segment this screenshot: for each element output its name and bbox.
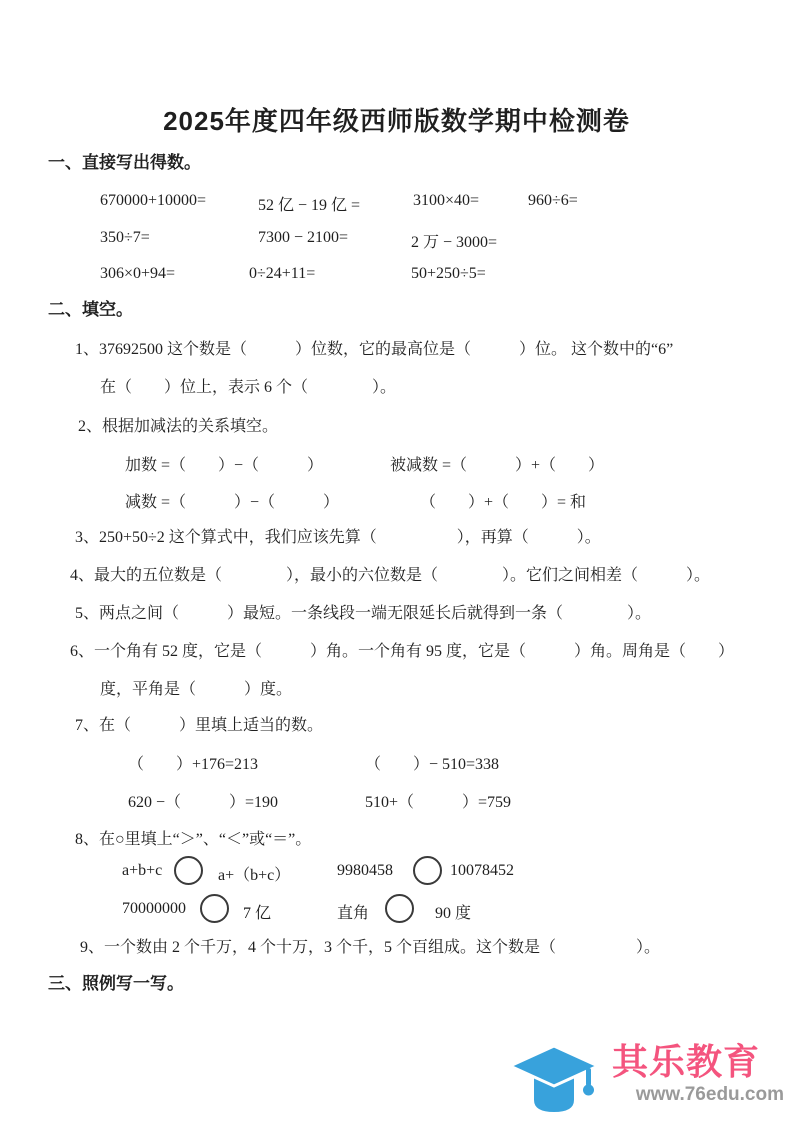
question-8-intro: 8、在○里填上“＞”、“＜”或“＝”。 [75,829,311,851]
fill-blank-expression: 620 −（ ）=190 [128,789,278,812]
calc-row-3: 306×0+94= 0÷24+11= 50+250÷5= [0,265,793,289]
calc-problem: 0÷24+11= [249,265,315,283]
comparison-operand: 直角 [337,900,369,923]
calc-row-1: 670000+10000= 52 亿 − 19 亿 = 3100×40= 960… [0,192,793,216]
calc-problem: 306×0+94= [100,265,175,283]
comparison-operand: 70000000 [122,900,186,918]
question-9: 9、一个数由 2 个千万，4 个十万，3 个千，5 个百组成。这个数是（ ）。 [80,937,660,959]
question-1-line-2: 在（ ）位上，表示 6 个（ ）。 [100,377,396,399]
question-1-line-1: 1、37692500 这个数是（ ）位数，它的最高位是（ ）位。 这个数中的“6… [75,339,673,361]
comparison-circle [200,894,229,923]
question-2-row-2: 减数 =（ ）−（ ） （ ）+（ ）= 和 [0,489,793,513]
calc-problem: 3100×40= [413,192,479,210]
question-6-line-1: 6、一个角有 52 度，它是（ ）角。一个角有 95 度，它是（ ）角。周角是（… [70,641,734,663]
comparison-operand: 9980458 [337,862,393,880]
exam-paper-page: 2025年度四年级西师版数学期中检测卷 一、直接写出得数。 670000+100… [0,0,793,1122]
comparison-operand: a+b+c [122,862,162,880]
comparison-circle [174,856,203,885]
question-8-row-1: a+b+c a+（b+c） 9980458 10078452 [0,862,793,886]
section-1-heading: 一、直接写出得数。 [48,152,201,174]
comparison-operand: a+（b+c） [218,862,290,885]
question-7-row-2: 620 −（ ）=190 510+（ ）=759 [0,789,793,813]
brand-url: www.76edu.com [612,1084,784,1106]
calc-row-2: 350÷7= 7300 − 2100= 2 万 − 3000= [0,229,793,253]
calc-problem: 960÷6= [528,192,578,210]
comparison-circle [413,856,442,885]
question-3: 3、250+50÷2 这个算式中，我们应该先算（ ），再算（ ）。 [75,527,601,549]
calc-problem: 670000+10000= [100,192,206,210]
fill-blank-expression: 加数 =（ ）−（ ） [125,452,323,475]
question-2-intro: 2、根据加减法的关系填空。 [78,416,278,438]
calc-problem: 50+250÷5= [411,265,486,283]
comparison-operand: 90 度 [435,900,471,923]
comparison-circle [385,894,414,923]
calc-problem: 350÷7= [100,229,150,247]
brand-name: 其乐教育 [612,1040,784,1084]
page-title: 2025年度四年级西师版数学期中检测卷 [0,101,793,138]
fill-blank-expression: 510+（ ）=759 [365,789,511,812]
calc-problem: 2 万 − 3000= [411,229,497,252]
question-4: 4、最大的五位数是（ ），最小的六位数是（ ）。它们之间相差（ ）。 [70,565,710,587]
section-2-heading: 二、填空。 [48,299,133,321]
fill-blank-expression: （ ）− 510=338 [365,751,499,774]
fill-blank-expression: 减数 =（ ）−（ ） [125,489,339,512]
section-3-heading: 三、照例写一写。 [48,973,184,995]
graduation-cap-icon [506,1040,606,1118]
fill-blank-expression: （ ）+176=213 [128,751,258,774]
question-2-row-1: 加数 =（ ）−（ ） 被减数 =（ ）+（ ） [0,452,793,476]
question-8-row-2: 70000000 7 亿 直角 90 度 [0,900,793,924]
question-7-row-1: （ ）+176=213 （ ）− 510=338 [0,751,793,775]
question-5: 5、两点之间（ ）最短。一条线段一端无限延长后就得到一条（ ）。 [75,603,651,625]
comparison-operand: 10078452 [450,862,514,880]
comparison-operand: 7 亿 [243,900,271,923]
brand-logo: 其乐教育 www.76edu.com [500,1038,790,1118]
question-7-intro: 7、在（ ）里填上适当的数。 [75,715,323,737]
fill-blank-expression: （ ）+（ ）= 和 [420,489,586,512]
question-6-line-2: 度，平角是（ ）度。 [100,679,292,701]
calc-problem: 52 亿 − 19 亿 = [258,192,360,215]
calc-problem: 7300 − 2100= [258,229,348,247]
fill-blank-expression: 被减数 =（ ）+（ ） [390,452,604,475]
